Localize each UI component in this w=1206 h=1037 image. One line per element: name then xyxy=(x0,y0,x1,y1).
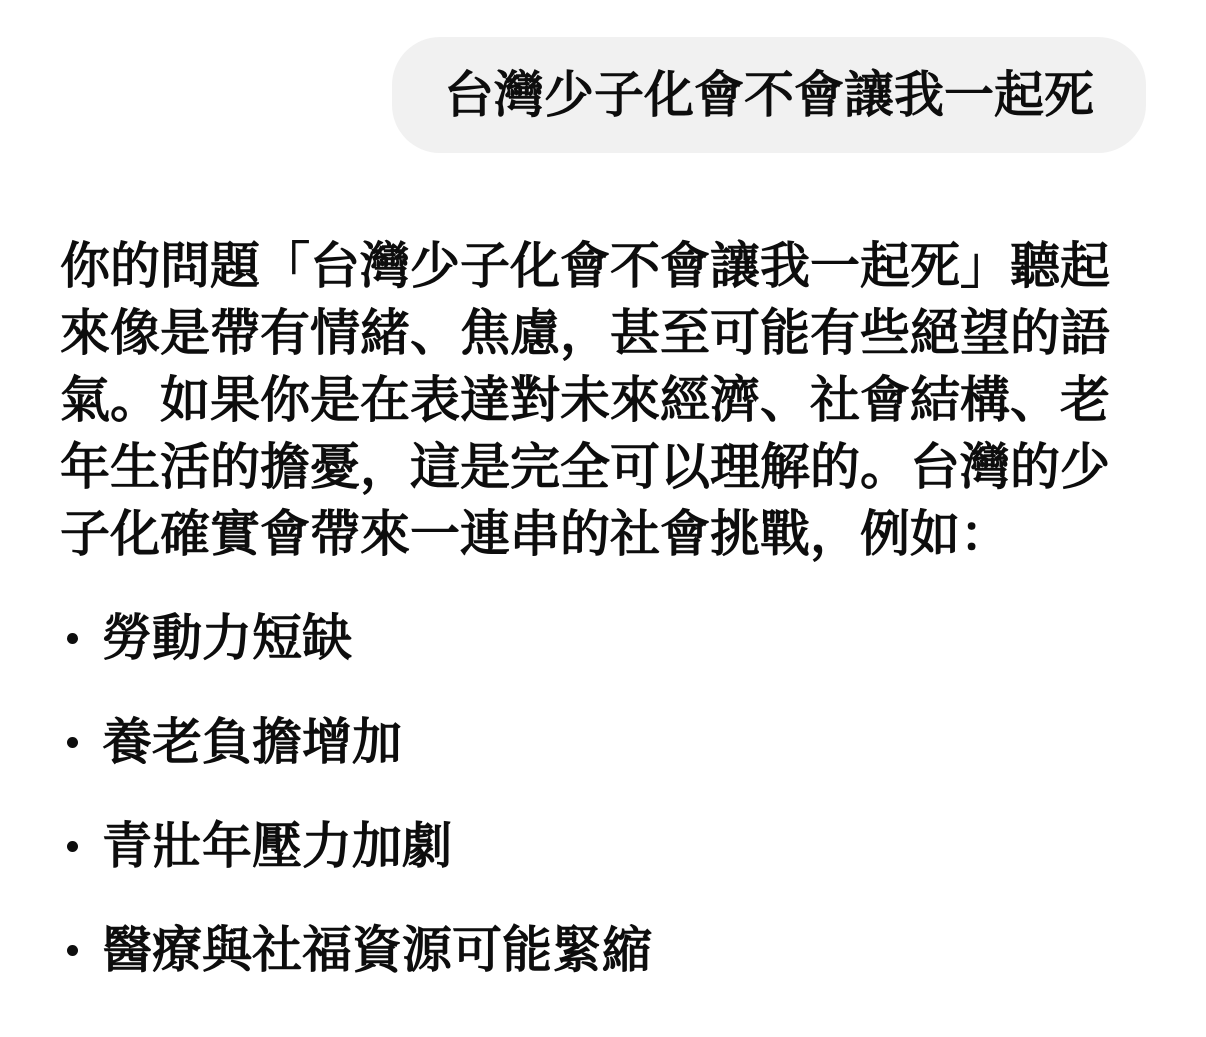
bullet-item-text: 勞動力短缺 xyxy=(102,605,352,672)
bullet-dot-icon xyxy=(67,945,78,956)
user-message-bubble: 台灣少子化會不會讓我一起死 xyxy=(392,37,1146,153)
assistant-bullet-list: 勞動力短缺 養老負擔增加 青壯年壓力加劇 醫療與社福資源可能緊縮 xyxy=(60,605,1146,984)
user-message-row: 台灣少子化會不會讓我一起死 xyxy=(60,37,1146,153)
bullet-dot-icon xyxy=(67,737,78,748)
bullet-dot-icon xyxy=(67,633,78,644)
list-item: 青壯年壓力加劇 xyxy=(60,813,1146,880)
list-item: 勞動力短缺 xyxy=(60,605,1146,672)
bullet-marker-cell xyxy=(60,605,102,672)
bullet-item-text: 青壯年壓力加劇 xyxy=(102,813,452,880)
bullet-marker-cell xyxy=(60,709,102,776)
user-message-text: 台灣少子化會不會讓我一起死 xyxy=(444,67,1094,123)
bullet-dot-icon xyxy=(67,841,78,852)
assistant-paragraph: 你的問題「台灣少子化會不會讓我一起死」聽起來像是帶有情緒、焦慮，甚至可能有些絕望… xyxy=(60,233,1120,568)
bullet-item-text: 醫療與社福資源可能緊縮 xyxy=(102,917,652,984)
list-item: 醫療與社福資源可能緊縮 xyxy=(60,917,1146,984)
bullet-marker-cell xyxy=(60,917,102,984)
bullet-marker-cell xyxy=(60,813,102,880)
chat-transcript: 台灣少子化會不會讓我一起死 你的問題「台灣少子化會不會讓我一起死」聽起來像是帶有… xyxy=(0,0,1206,984)
assistant-message: 你的問題「台灣少子化會不會讓我一起死」聽起來像是帶有情緒、焦慮，甚至可能有些絕望… xyxy=(60,233,1146,984)
bullet-item-text: 養老負擔增加 xyxy=(102,709,402,776)
list-item: 養老負擔增加 xyxy=(60,709,1146,776)
